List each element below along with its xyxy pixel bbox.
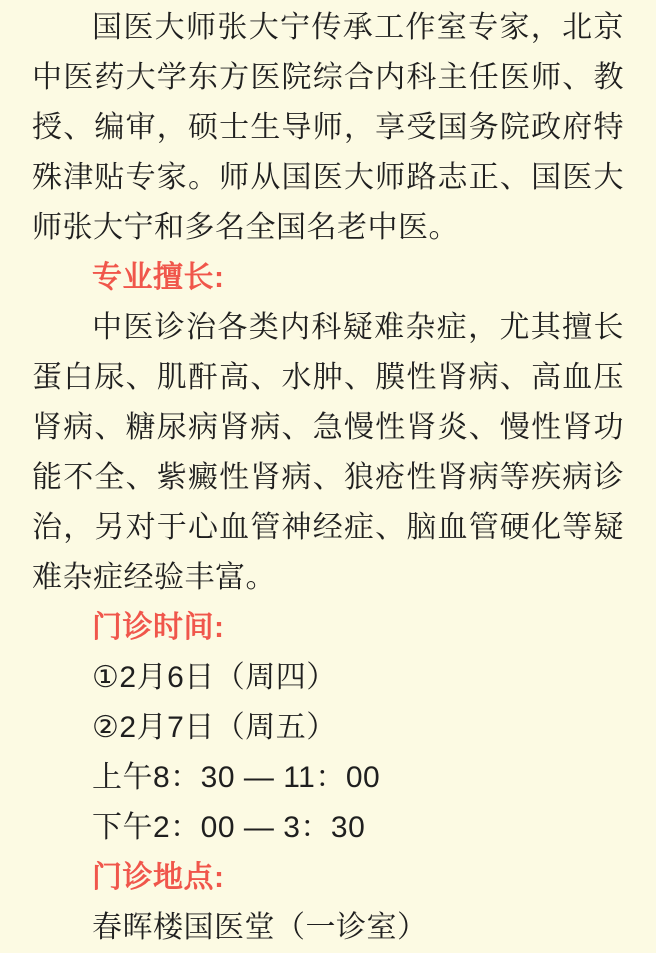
specialty-paragraph: 中医诊治各类内科疑难杂症，尤其擅长蛋白尿、肌酐高、水肿、膜性肾病、高血压肾病、糖…: [32, 303, 624, 603]
clinic-announcement-page: 国医大师张大宁传承工作室专家，北京中医药大学东方医院综合内科主任医师、教授、编审…: [0, 0, 656, 953]
location-text: 春晖楼国医堂（一诊室）: [32, 903, 624, 953]
schedule-heading: 门诊时间:: [32, 603, 624, 653]
schedule-item-morning-hours: 上午8：30 — 11：00: [32, 753, 624, 803]
schedule-item-date-1: ①2月6日（周四）: [32, 653, 624, 703]
schedule-item-afternoon-hours: 下午2：00 — 3：30: [32, 803, 624, 853]
location-heading: 门诊地点:: [32, 853, 624, 903]
doctor-intro-paragraph: 国医大师张大宁传承工作室专家，北京中医药大学东方医院综合内科主任医师、教授、编审…: [32, 3, 624, 253]
schedule-item-date-2: ②2月7日（周五）: [32, 703, 624, 753]
specialty-heading: 专业擅长:: [32, 253, 624, 303]
